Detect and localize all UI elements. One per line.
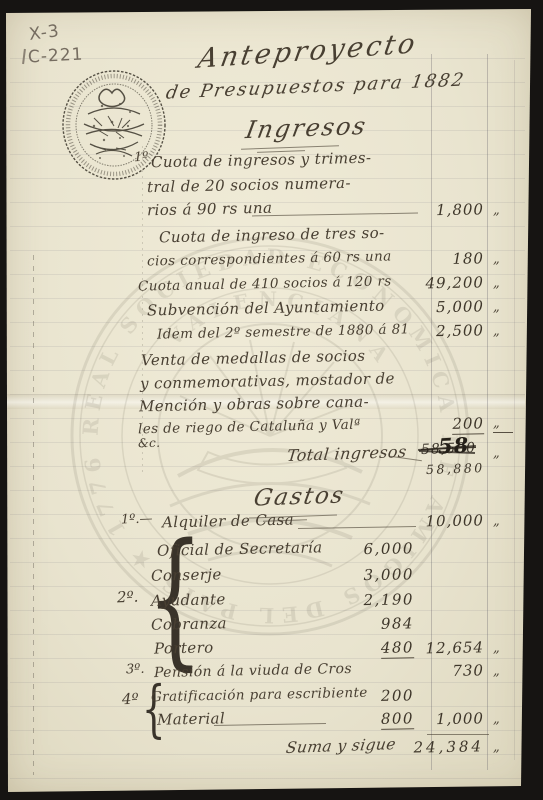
amount-value: 12,654	[404, 638, 484, 657]
margin-number: 1º	[134, 150, 149, 165]
overwritten-total: 58	[437, 432, 469, 459]
amount-value: 49,200	[404, 273, 484, 292]
ledger-line: Cobranza	[151, 614, 227, 634]
cents-mark: „	[493, 324, 513, 339]
archive-mark: X-3	[28, 21, 61, 45]
amount-value: 1,800	[404, 200, 484, 219]
amount-value: 24,384	[404, 737, 484, 756]
sub-amount-value: 984	[328, 614, 414, 633]
sub-amount-value: 200	[340, 686, 414, 705]
cents-mark: „	[493, 203, 513, 218]
cents-mark: „	[493, 664, 513, 679]
amount-value: 180	[404, 249, 484, 268]
margin-number: 4º	[122, 690, 139, 709]
cents-mark: „	[493, 514, 513, 529]
amount-value: 10,000	[404, 511, 484, 530]
ledger-line: &c.	[138, 436, 161, 450]
paper-sheet: REAL SOCIEDAD ECONOMICA DE AMIGOS DEL PA…	[0, 0, 543, 800]
ledger-line: Portero	[154, 638, 214, 657]
cents-mark: „	[493, 416, 513, 433]
margin-number: 2º.	[117, 588, 139, 607]
cents-mark: „	[493, 740, 513, 755]
amount-value: 2,500	[404, 321, 484, 340]
cents-mark: „	[493, 446, 513, 461]
ledger-line: Ayudante	[151, 590, 226, 610]
final-total-value: 58,880	[426, 460, 485, 477]
section-heading-gastos: Gastos	[252, 482, 347, 511]
sub-amount-value: 2,190	[328, 590, 414, 609]
cents-column-rule	[487, 54, 488, 770]
section-heading-ingresos: Ingresos	[244, 112, 370, 144]
sub-amount-value: 6,000	[328, 539, 414, 558]
scanned-manuscript-page: { "doc": { "archive_marks": ["X-3", "C-2…	[0, 0, 543, 800]
left-margin-rule	[33, 255, 34, 775]
amount-value: 730	[404, 661, 484, 680]
amount-value: 1,000	[404, 709, 484, 728]
amount-value: 5,000	[404, 297, 484, 316]
cents-mark: „	[493, 641, 513, 656]
edge-column-rule	[514, 60, 515, 760]
sum-rule	[427, 734, 489, 735]
ledger-line: Oficial de Secretaría	[157, 538, 323, 559]
cents-mark: „	[493, 276, 513, 291]
sub-amount-value: 3,000	[328, 565, 414, 584]
archive-mark: C-221	[28, 45, 84, 68]
ledger-line: Conserje	[151, 565, 222, 584]
cents-mark: „	[493, 712, 513, 727]
cents-mark: „	[493, 252, 513, 267]
cents-mark: „	[493, 300, 513, 315]
